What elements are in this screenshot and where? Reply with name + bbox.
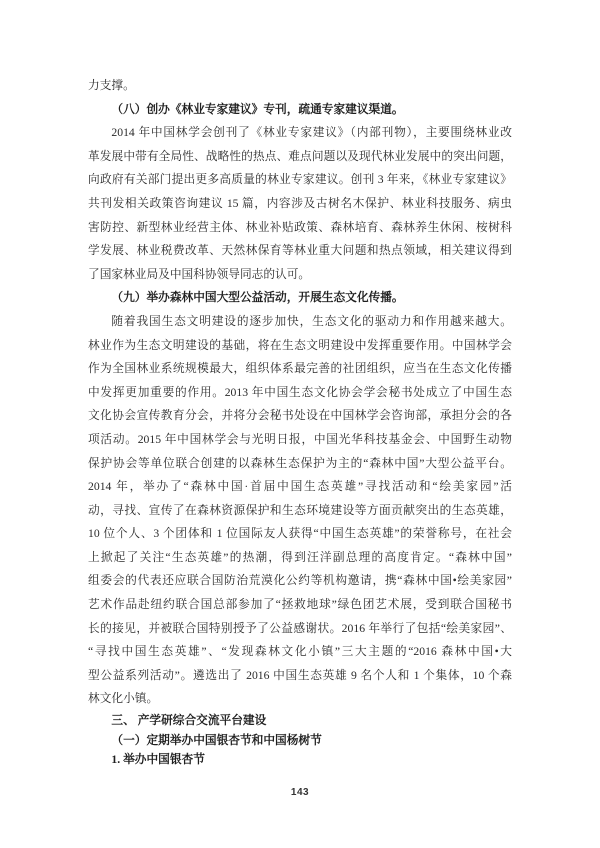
paragraph-line: 保护协会等单位联合创建的以森林生态保护为主的“森林中国”大型公益平台。 (88, 452, 512, 476)
paragraph-line: 项活动。2015 年中国林学会与光明日报，中国光华科技基金会、中国野生动物 (88, 428, 512, 452)
page-number: 143 (0, 787, 600, 798)
paragraph-line: 共刊发相关政策咨询建议 15 篇，内容涉及古树名木保护、林业科技服务、病虫 (88, 192, 512, 216)
section-subheading: 1. 举办中国银杏节 (88, 750, 512, 770)
paragraph-line: 10 位个人、3 个团体和 1 位国际友人获得“中国生态英雄”的荣誉称号，在社会 (88, 522, 512, 546)
paragraph-line: 作为全国林业系统规模最大，组织体系最完善的社团组织，应当在生态文化传播 (88, 357, 512, 381)
document-page: 力支撑。（八）创办《林业专家建议》专刊，疏通专家建议渠道。2014 年中国林学会… (0, 0, 600, 848)
section-heading: （八）创办《林业专家建议》专刊，疏通专家建议渠道。 (88, 98, 512, 122)
paragraph-line: 林业作为生态文明建设的基础，将在生态文明建设中发挥重要作用。中国林学会 (88, 334, 512, 358)
paragraph-line: 组委会的代表还应联合国防治荒漠化公约等机构邀请，携“森林中国•绘美家园” (88, 569, 512, 593)
paragraph-line: 林文化小镇。 (88, 687, 512, 711)
section-subheading: 三、 产学研综合交流平台建设 (88, 711, 512, 731)
section-heading: （九）举办森林中国大型公益活动，开展生态文化传播。 (88, 286, 512, 310)
paragraph-line: 中发挥更加重要的作用。2013 年中国生态文化协会学会秘书处成立了中国生态 (88, 381, 512, 405)
paragraph-line: 文化协会宣传教育分会，并将分会秘书处设在中国林学会咨询部，承担分会的各 (88, 404, 512, 428)
paragraph-line: 艺术作品赴纽约联合国总部参加了“拯救地球”绿色团艺术展，受到联合国秘书 (88, 593, 512, 617)
paragraph-line: 向政府有关部门提出更多高质量的林业专家建议。创刊 3 年来，《林业专家建议》 (88, 168, 512, 192)
paragraph-line: 随着我国生态文明建设的逐步加快，生态文化的驱动力和作用越来越大。 (88, 310, 512, 334)
paragraph-line: 2014 年中国林学会创刊了《林业专家建议》（内部刊物），主要围绕林业改 (88, 121, 512, 145)
paragraph-line: 了国家林业局及中国科协领导同志的认可。 (88, 263, 512, 287)
paragraph-line: 学发展、林业税费改革、天然林保育等林业重大问题和热点领域，相关建议得到 (88, 239, 512, 263)
paragraph-line: 力支撑。 (88, 74, 512, 98)
paragraph-line: 上掀起了关注“生态英雄”的热潮，得到汪洋副总理的高度肯定。“森林中国” (88, 546, 512, 570)
paragraph-line: 2014 年，举办了“森林中国·首届中国生态英雄”寻找活动和“绘美家园”活 (88, 475, 512, 499)
paragraph-line: 害防控、新型林业经营主体、林业补贴政策、森林培育、森林养生休闲、桉树科 (88, 216, 512, 240)
section-subheading: （一）定期举办中国银杏节和中国杨树节 (88, 731, 512, 751)
paragraph-line: 长的接见，并被联合国特别授予了公益感谢状。2016 年举行了包括“绘美家园”、 (88, 617, 512, 641)
paragraph-line: 型公益系列活动”。遴选出了 2016 中国生态英雄 9 名个人和 1 个集体，1… (88, 664, 512, 688)
paragraph-line: 革发展中带有全局性、战略性的热点、难点问题以及现代林业发展中的突出问题， (88, 145, 512, 169)
paragraph-line: 动，寻找、宣传了在森林资源保护和生态环境建设等方面贡献突出的生态英雄， (88, 499, 512, 523)
paragraph-line: “寻找中国生态英雄”、“发现森林文化小镇”三大主题的“2016 森林中国•大 (88, 640, 512, 664)
document-content: 力支撑。（八）创办《林业专家建议》专刊，疏通专家建议渠道。2014 年中国林学会… (88, 74, 512, 770)
